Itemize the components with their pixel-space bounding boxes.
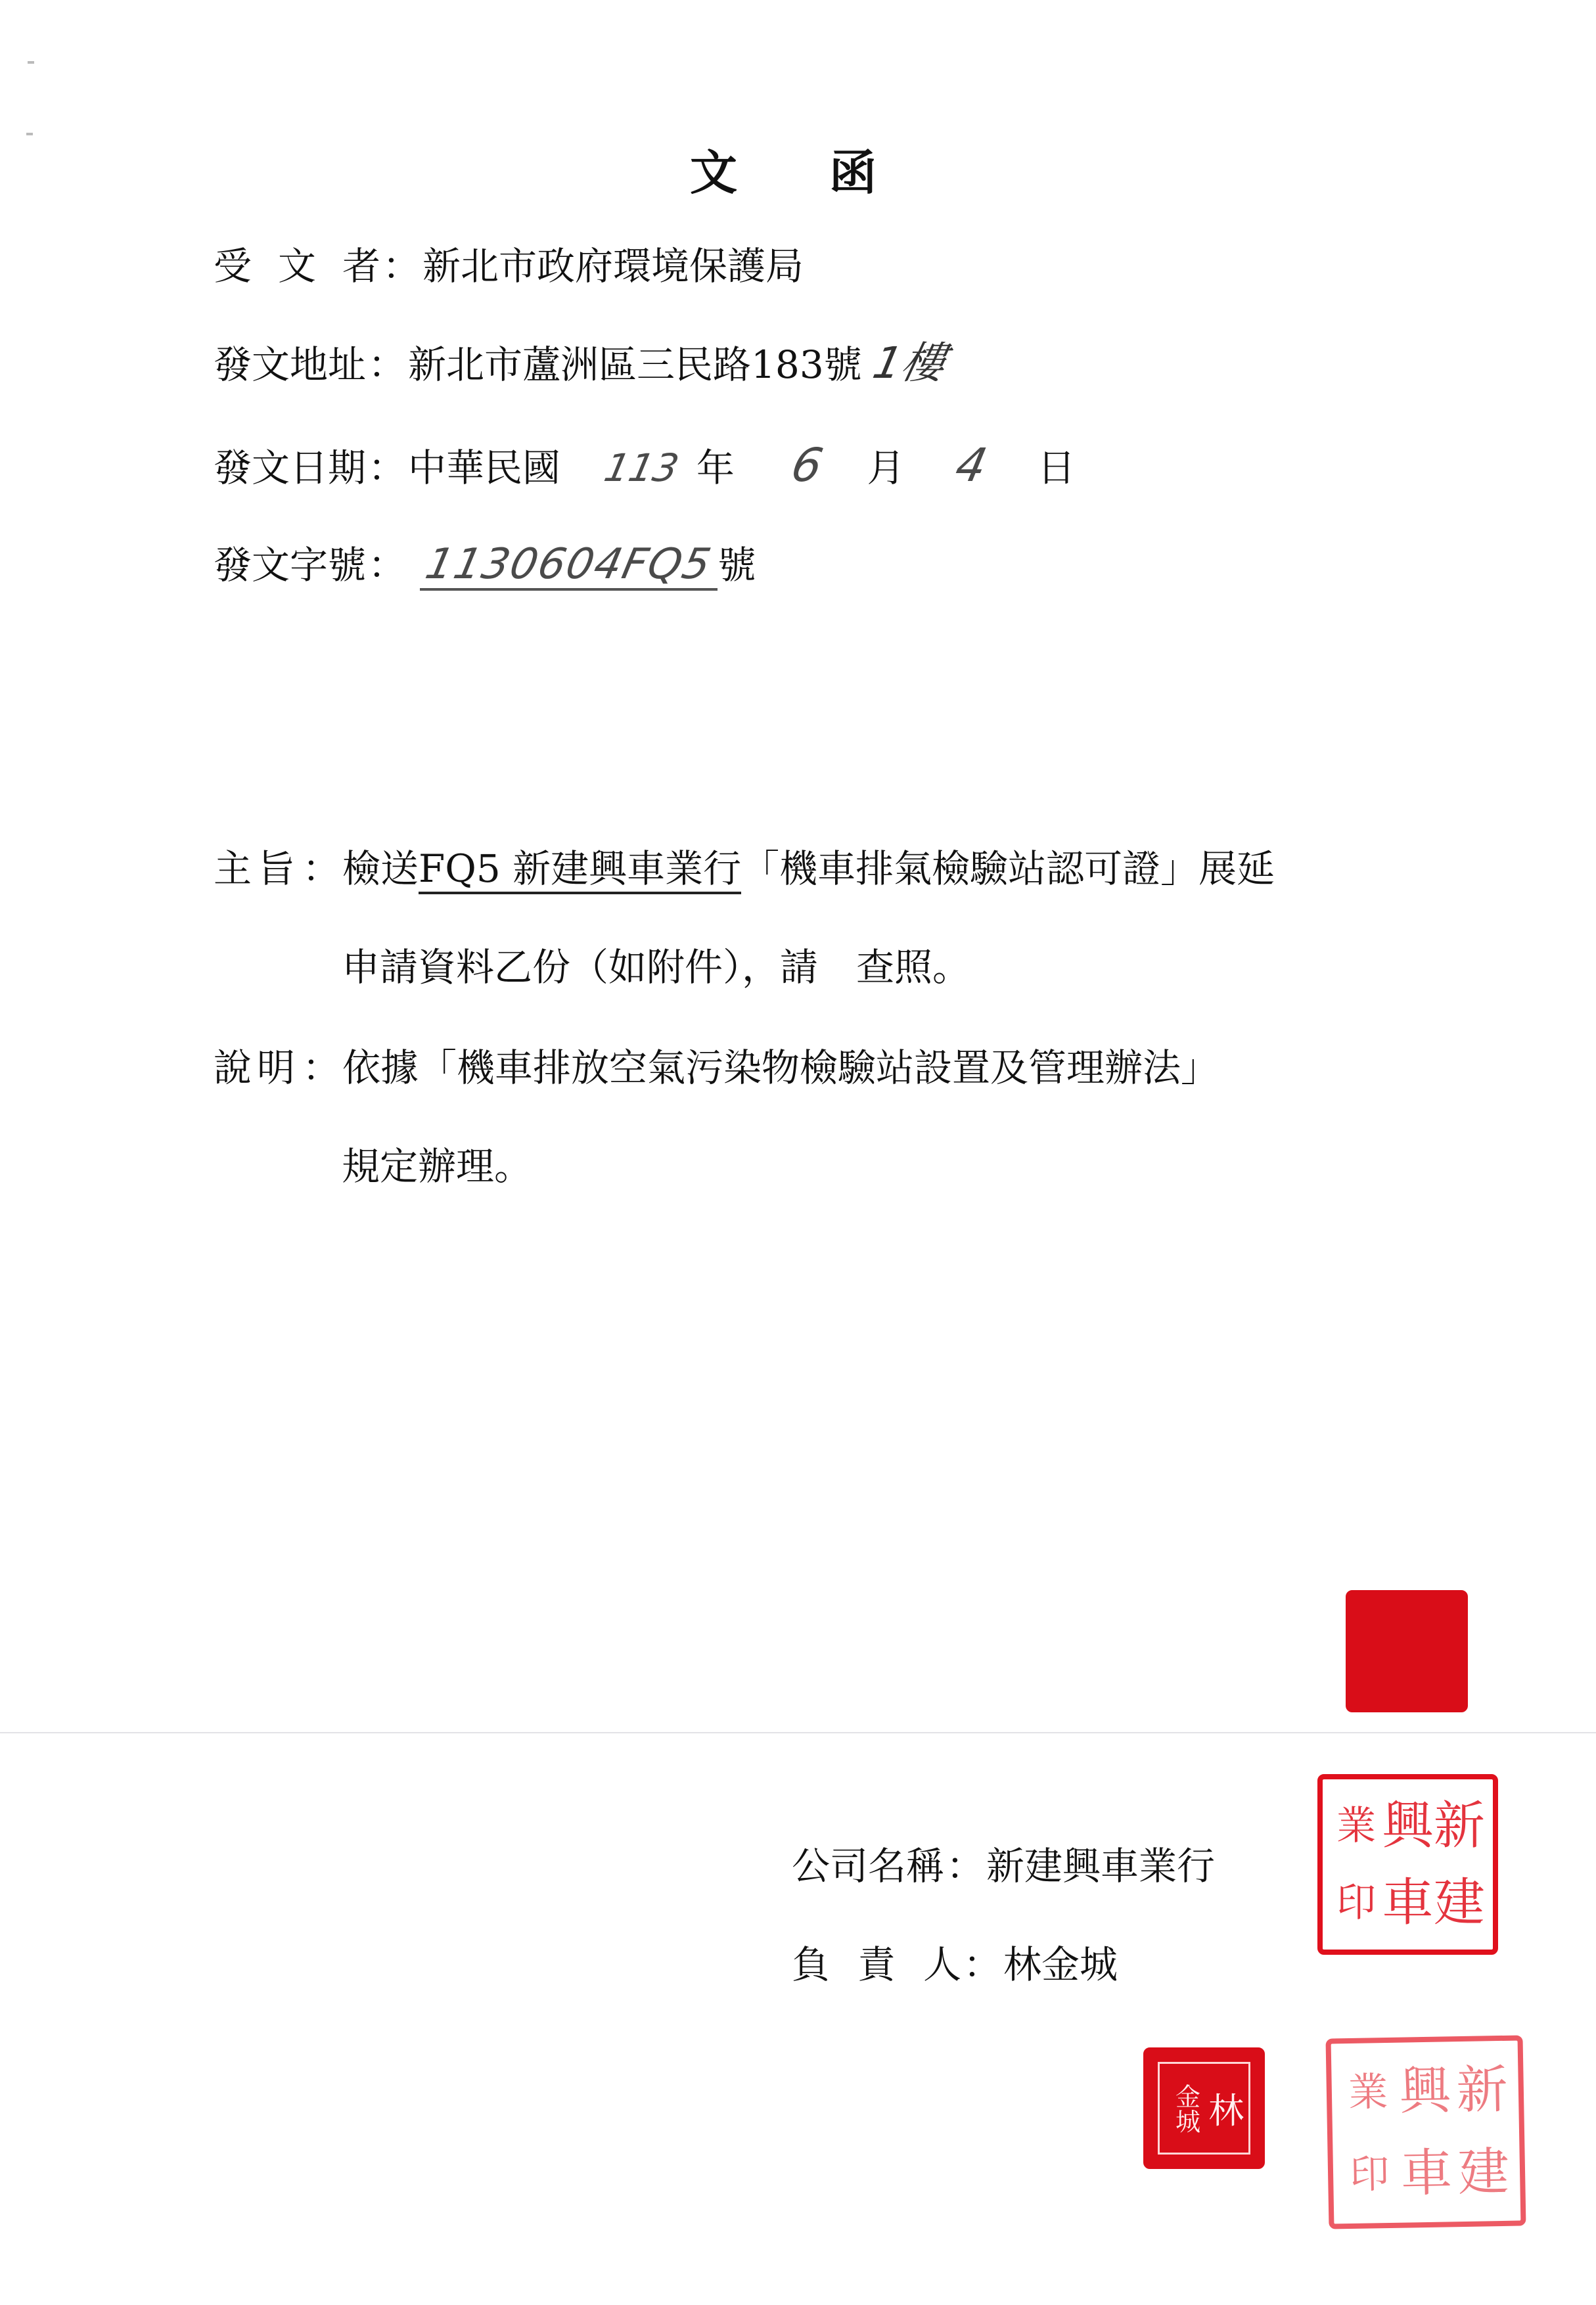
date-year-handwritten: 113 — [600, 442, 670, 494]
address-handwritten-floor: 1樓 — [869, 337, 951, 390]
colon: ： — [366, 442, 408, 494]
person-value: 林金城 — [1003, 1942, 1118, 1987]
personal-seal-text: 林 金城 — [1158, 2062, 1250, 2155]
scan-mark-top — [28, 61, 34, 64]
date-month-handwritten: 6 — [787, 439, 828, 491]
date-year-unit: 年 — [696, 445, 735, 490]
recipient-value: 新北市政府環境保護局 — [422, 244, 804, 288]
subject-rest: 「機車排氣檢驗站認可證」展延 — [741, 846, 1275, 891]
date-day-unit: 日 — [1037, 445, 1076, 490]
explanation-row: 說明：依據「機車排放空氣污染物檢驗站設置及管理辦法」 — [214, 1041, 1219, 1094]
date-day-handwritten: 4 — [951, 439, 992, 491]
company-seal-2-text: 新 建 興 車 業 印 — [1339, 2049, 1513, 2216]
company-seal-2: 新 建 興 車 業 印 — [1325, 2035, 1526, 2229]
colon: ： — [944, 1840, 986, 1892]
subject-row: 主旨：檢送 FQ5 新建興車業行「機車排氣檢驗站認可證」展延 — [214, 842, 1275, 895]
company-seal-1-text: 新 建 興 車 業 印 — [1331, 1787, 1485, 1942]
doc-number-suffix: 號 — [718, 543, 756, 587]
recipient-row: 受文者：新北市政府環境保護局 — [214, 240, 804, 292]
date-prefix: 中華民國 — [408, 445, 560, 490]
date-month-unit: 月 — [867, 445, 905, 490]
company-label: 公司名稱 — [792, 1840, 944, 1892]
page-seam-line — [0, 1732, 1596, 1733]
colon: ： — [366, 338, 408, 391]
address-label: 發文地址 — [214, 338, 366, 391]
personal-seal: 林 金城 — [1143, 2047, 1265, 2169]
colon: ： — [380, 240, 422, 292]
doc-number-field: 1130604FQ5 — [420, 541, 718, 591]
company-value: 新建興車業行 — [986, 1844, 1215, 1888]
title-char-2: 函 — [829, 135, 877, 203]
address-value: 新北市蘆洲區三民路183號 — [408, 342, 862, 387]
recipient-label: 受文者 — [214, 240, 407, 292]
subject-label: 主旨 — [214, 842, 300, 895]
doc-number-label: 發文字號 — [214, 539, 366, 591]
explanation-line-2: 規定辦理。 — [342, 1140, 532, 1193]
date-label: 發文日期 — [214, 442, 366, 494]
scan-mark-left — [26, 133, 33, 135]
document-title: 文函 — [690, 135, 877, 203]
doc-number-row: 發文字號： 1130604FQ5 號 — [214, 539, 756, 591]
colon: ： — [961, 1938, 1003, 1991]
company-seal-1: 新 建 興 車 業 印 — [1317, 1774, 1498, 1955]
title-char-1: 文 — [690, 135, 737, 203]
subject-line2-text: 申請資料乙份（如附件），請 查照。 — [342, 945, 970, 990]
person-label: 負責人 — [792, 1938, 989, 1991]
colon: ： — [300, 1041, 342, 1094]
explanation-label: 說明 — [214, 1041, 300, 1094]
date-row: 發文日期：中華民國 113 年 6 月 4 日 — [214, 439, 1076, 494]
colon: ： — [366, 539, 408, 591]
seam-seal-top — [1346, 1590, 1468, 1712]
person-row: 負責人：林金城 — [792, 1938, 1118, 1991]
colon: ： — [300, 842, 342, 895]
subject-company-underlined: FQ5 新建興車業行 — [419, 846, 741, 894]
address-row: 發文地址：新北市蘆洲區三民路183號 1樓 — [214, 337, 945, 391]
subject-line-2: 申請資料乙份（如附件），請 查照。 — [342, 941, 970, 993]
explanation-line2-text: 規定辦理。 — [342, 1144, 532, 1189]
subject-lead: 檢送 — [342, 846, 419, 891]
explanation-line1: 依據「機車排放空氣污染物檢驗站設置及管理辦法」 — [342, 1045, 1219, 1090]
doc-number-handwritten: 1130604FQ5 — [422, 541, 716, 587]
company-row: 公司名稱：新建興車業行 — [792, 1840, 1215, 1892]
